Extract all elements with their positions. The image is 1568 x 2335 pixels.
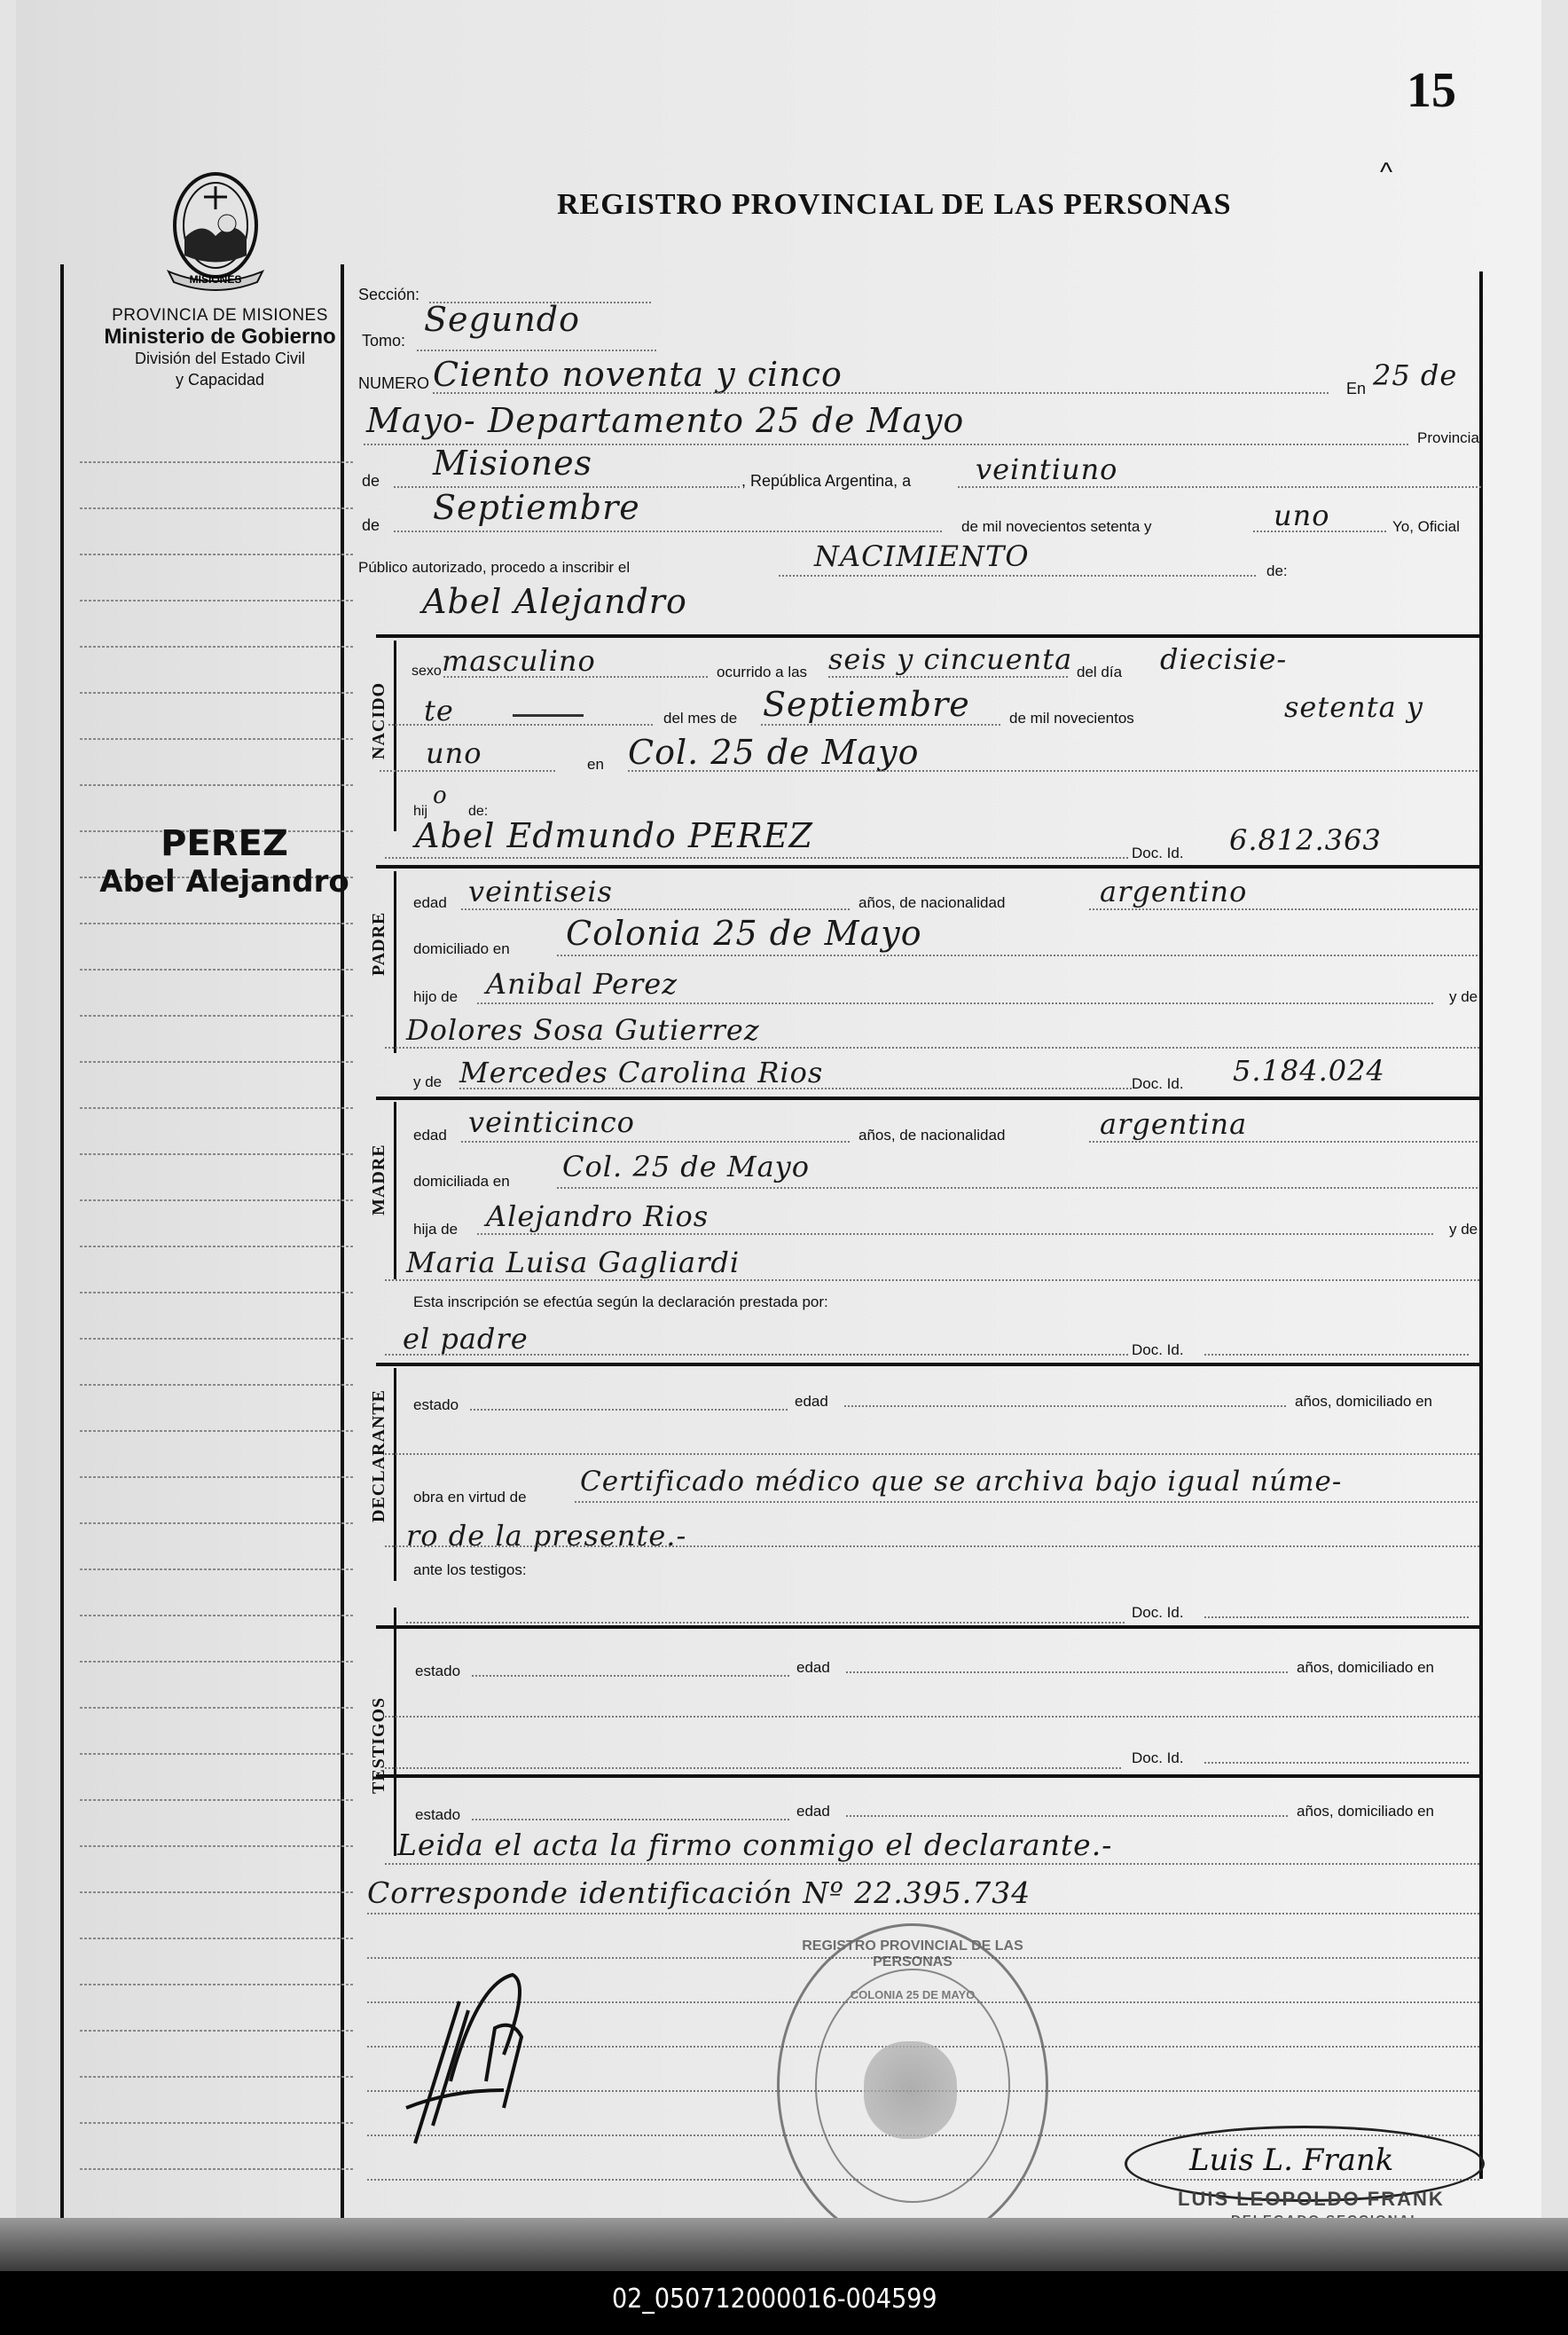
anio-registro-value: uno bbox=[1274, 499, 1329, 532]
madre-y-de-label: y de bbox=[413, 1073, 442, 1091]
madre-doc-label: Doc. Id. bbox=[1132, 1075, 1184, 1093]
testigos-intro-label: ante los testigos: bbox=[413, 1561, 527, 1579]
section-label-testigos: TESTIGOS bbox=[369, 1697, 389, 1794]
closing-line-2: Corresponde identificación Nº 22.395.734 bbox=[367, 1875, 1031, 1910]
madre-doc-value: 5.184.024 bbox=[1233, 1054, 1385, 1088]
dia-registro-value: veintiuno bbox=[976, 452, 1117, 486]
dia-nacimiento-value-1: diecisie- bbox=[1160, 642, 1287, 676]
testigo2-doc-label: Doc. Id. bbox=[1132, 1749, 1184, 1767]
declarante-intro-label: Esta inscripción se efectúa según la dec… bbox=[413, 1293, 828, 1311]
province-crest-icon: MISIONES bbox=[158, 167, 273, 293]
declarante-domicilio-label: años, domiciliado en bbox=[1295, 1393, 1432, 1411]
svg-text:MISIONES: MISIONES bbox=[190, 273, 242, 286]
right-border bbox=[1479, 271, 1483, 2179]
provincia-value: Misiones bbox=[433, 444, 592, 483]
padre-doc-value: 6.812.363 bbox=[1229, 823, 1382, 857]
margin-surname: PEREZ bbox=[82, 823, 366, 864]
section-bar bbox=[394, 641, 396, 831]
mes-registro-value: Septiembre bbox=[433, 488, 640, 527]
seccion-label: Sección: bbox=[358, 286, 419, 304]
tomo-label: Tomo: bbox=[362, 332, 405, 350]
sexo-label: sexo bbox=[412, 664, 442, 680]
margin-name-note: PEREZ Abel Alejandro bbox=[82, 823, 366, 900]
official-stamp-icon: REGISTRO PROVINCIAL DE LAS PERSONAS COLO… bbox=[777, 1923, 1048, 2248]
mes-nacimiento-value: Septiembre bbox=[763, 685, 970, 724]
madre-nombre-value: Mercedes Carolina Rios bbox=[459, 1056, 823, 1089]
testigo1-edad-label: edad bbox=[796, 1659, 830, 1677]
nombre-inscripto-value: Abel Alejandro bbox=[422, 582, 687, 621]
section-label-nacido: NACIDO bbox=[369, 682, 389, 759]
padre-domicilio-value: Colonia 25 de Mayo bbox=[566, 914, 922, 953]
page-number: 15 bbox=[1407, 62, 1456, 119]
section-label-madre: MADRE bbox=[369, 1144, 389, 1215]
numero-value: Ciento noventa y cinco bbox=[433, 355, 843, 394]
de2-label: de bbox=[362, 516, 380, 535]
divider bbox=[376, 1625, 1479, 1629]
madre-domicilio-label: domiciliada en bbox=[413, 1173, 510, 1191]
abuela-paterna-value: Dolores Sosa Gutierrez bbox=[406, 1013, 760, 1047]
fill-dash bbox=[513, 714, 584, 717]
testigo1-doc-label: Doc. Id. bbox=[1132, 1604, 1184, 1622]
left-margin-border bbox=[60, 264, 64, 2234]
section-bar bbox=[394, 1608, 396, 1856]
issuing-organization: PROVINCIA DE MISIONES Ministerio de Gobi… bbox=[80, 305, 360, 390]
scan-footer: 02_050712000016-004599 bbox=[0, 2271, 1568, 2335]
madre-edad-label: edad bbox=[413, 1127, 447, 1144]
mes-label: del mes de bbox=[663, 710, 737, 727]
ocurrido-label: ocurrido a las bbox=[717, 664, 807, 681]
testigo2-domicilio-label: años, domiciliado en bbox=[1297, 1803, 1434, 1820]
register-page: 15 ^ REGISTRO PROVINCIAL DE LAS PERSONAS… bbox=[16, 0, 1541, 2258]
obra-value-2: ro de la presente.- bbox=[406, 1519, 686, 1553]
anio-nacimiento-value-2: uno bbox=[426, 736, 482, 770]
mil-nacimiento-label: de mil novecientos bbox=[1009, 710, 1134, 727]
declarante-nombre-value: el padre bbox=[403, 1322, 529, 1356]
padre-nacionalidad-value: argentino bbox=[1100, 875, 1247, 908]
section-label-padre: PADRE bbox=[369, 912, 389, 976]
publico-label: Público autorizado, procedo a inscribir … bbox=[358, 559, 630, 577]
declarante-edad-label: edad bbox=[795, 1393, 828, 1411]
officer-name: LUIS LEOPOLDO FRANK bbox=[1178, 2188, 1445, 2211]
republica-label: , República Argentina, a bbox=[741, 472, 911, 491]
section-label-declarante: DECLARANTE bbox=[369, 1389, 389, 1522]
abuela-materna-value: Maria Luisa Gagliardi bbox=[406, 1246, 740, 1279]
abuelo-materno-value: Alejandro Rios bbox=[486, 1199, 709, 1233]
anio-nacimiento-value-1: setenta y bbox=[1284, 690, 1423, 724]
obra-label: obra en virtud de bbox=[413, 1489, 527, 1506]
section-bar bbox=[394, 1102, 396, 1279]
division-name-2: y Capacidad bbox=[80, 369, 360, 390]
locality-value: Mayo- Departamento 25 de Mayo bbox=[366, 401, 964, 440]
obra-value-1: Certificado médico que se archiva bajo i… bbox=[580, 1466, 1342, 1498]
section-bar bbox=[394, 871, 396, 1053]
madre-nacionalidad-label: años, de nacionalidad bbox=[858, 1127, 1005, 1144]
sexo-value: masculino bbox=[442, 644, 596, 678]
mil-label: de mil novecientos setenta y bbox=[961, 518, 1152, 536]
document-title: REGISTRO PROVINCIAL DE LAS PERSONAS bbox=[557, 188, 1232, 222]
declarante-doc-label: Doc. Id. bbox=[1132, 1341, 1184, 1359]
provincia-label: Provincia bbox=[1417, 429, 1479, 447]
testigo2-estado-label: estado bbox=[415, 1806, 460, 1824]
madre-edad-value: veinticinco bbox=[468, 1105, 635, 1139]
ministry-name: Ministerio de Gobierno bbox=[80, 326, 360, 348]
de-label: de bbox=[362, 472, 380, 491]
section-bar bbox=[394, 1368, 396, 1581]
testigo1-estado-label: estado bbox=[415, 1663, 460, 1680]
testigo1-domicilio-label: años, domiciliado en bbox=[1297, 1659, 1434, 1677]
madre-domicilio-value: Col. 25 de Mayo bbox=[562, 1150, 810, 1183]
divider bbox=[376, 634, 1479, 638]
divider bbox=[376, 1774, 1479, 1778]
madre-nacionalidad-value: argentina bbox=[1100, 1107, 1247, 1141]
margin-given-names: Abel Alejandro bbox=[82, 864, 366, 900]
testigo2-edad-label: edad bbox=[796, 1803, 830, 1820]
padre-domicilio-label: domiciliado en bbox=[413, 940, 510, 958]
en-value-day: 25 de bbox=[1373, 358, 1457, 392]
padre-nacionalidad-label: años, de nacionalidad bbox=[858, 894, 1005, 912]
declarante-estado-label: estado bbox=[413, 1396, 459, 1414]
madre-hija-de-label: hija de bbox=[413, 1221, 458, 1238]
acto-value: NACIMIENTO bbox=[814, 539, 1030, 573]
padre-doc-label: Doc. Id. bbox=[1132, 845, 1184, 862]
padre-edad-label: edad bbox=[413, 894, 447, 912]
lugar-nacimiento-value: Col. 25 de Mayo bbox=[628, 733, 920, 772]
tomo-value: Segundo bbox=[424, 300, 580, 339]
declarant-signature bbox=[397, 1948, 575, 2152]
padre-hijo-de-label: hijo de bbox=[413, 988, 458, 1006]
numero-label: NUMERO bbox=[358, 374, 429, 393]
scan-shadow bbox=[0, 2218, 1568, 2271]
padre-edad-value: veintiseis bbox=[468, 875, 613, 908]
en-nacimiento-label: en bbox=[587, 756, 604, 774]
divider bbox=[376, 865, 1479, 869]
divider bbox=[376, 1097, 1479, 1100]
oficial-label: Yo, Oficial bbox=[1392, 518, 1460, 536]
dia-label: del día bbox=[1077, 664, 1122, 681]
en-label: En bbox=[1346, 380, 1366, 398]
madre-y-de2-label: y de bbox=[1449, 1221, 1478, 1238]
de3-label: de: bbox=[1266, 562, 1288, 580]
scan-id: 02_050712000016-004599 bbox=[612, 2284, 937, 2315]
padre-nombre-value: Abel Edmundo PEREZ bbox=[415, 816, 813, 855]
padre-y-de-label: y de bbox=[1449, 988, 1478, 1006]
divider bbox=[376, 1363, 1479, 1366]
caret-mark: ^ bbox=[1380, 158, 1392, 188]
hora-value: seis y cincuenta bbox=[828, 642, 1072, 676]
province-name: PROVINCIA DE MISIONES bbox=[80, 305, 360, 326]
hijo-suffix-value: o bbox=[433, 782, 448, 809]
abuelo-paterno-value: Anibal Perez bbox=[486, 967, 678, 1001]
dia-nacimiento-value-2: te bbox=[424, 694, 454, 727]
division-name: División del Estado Civil bbox=[80, 348, 360, 369]
closing-line-1: Leida el acta la firmo conmigo el declar… bbox=[397, 1828, 1112, 1862]
